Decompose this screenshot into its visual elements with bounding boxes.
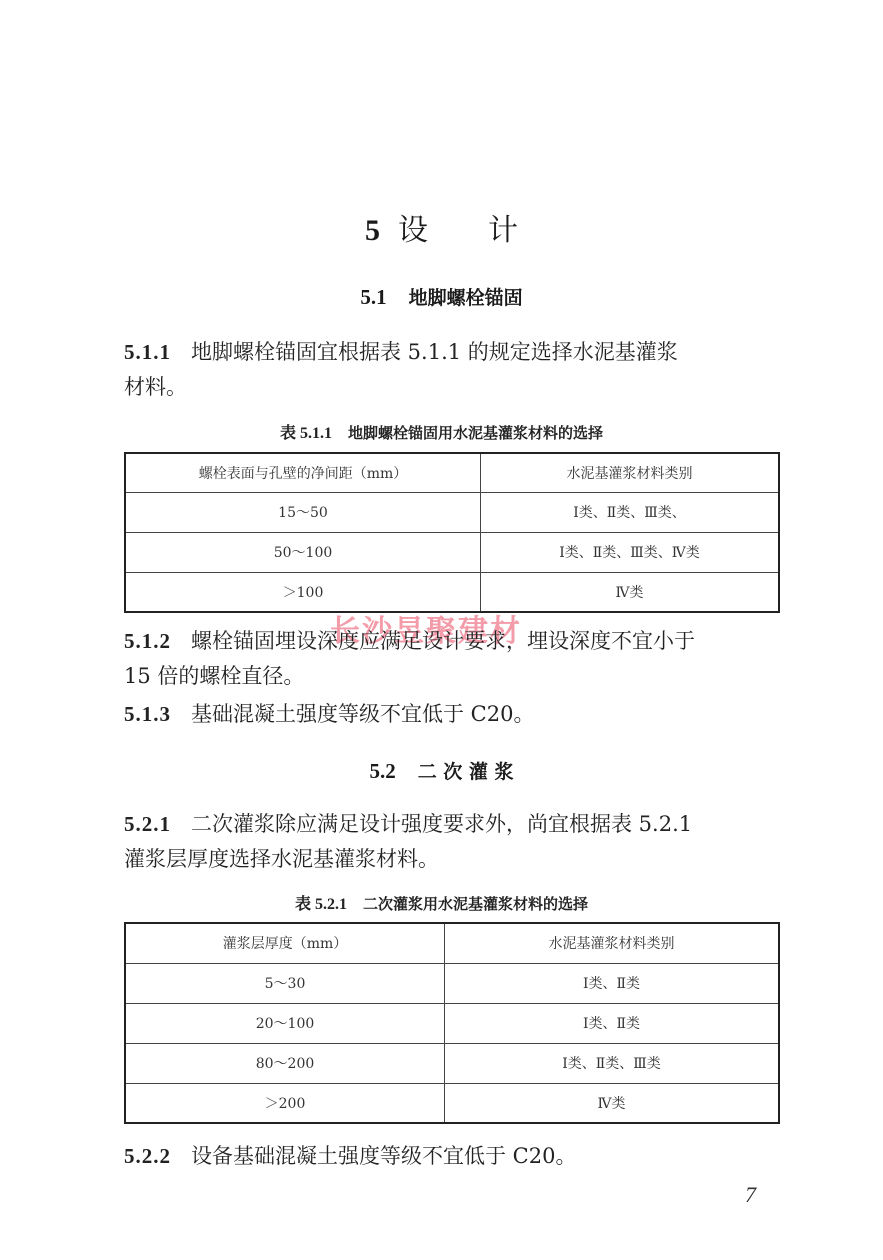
table-number: 表 5.2.1 <box>295 896 347 913</box>
clause-number: 5.2.1 <box>124 812 171 836</box>
table-cell: 20～100 <box>125 1003 445 1043</box>
table-cell: Ⅰ类、Ⅱ类 <box>445 1003 780 1043</box>
table-header-cell: 灌浆层厚度（mm） <box>125 923 445 963</box>
chapter-title: 5设计 <box>0 205 883 249</box>
section-title: 地脚螺栓锚固 <box>409 287 523 309</box>
table-5-1-1: 螺栓表面与孔壁的净间距（mm） 水泥基灌浆材料类别 15～50 Ⅰ类、Ⅱ类、Ⅲ类… <box>124 452 780 613</box>
table-cell: 80～200 <box>125 1043 445 1083</box>
clause-text: 基础混凝土强度等级不宜低于 C20。 <box>191 702 534 726</box>
table-cell: Ⅰ类、Ⅱ类、Ⅲ类 <box>445 1043 780 1083</box>
table-header-cell: 水泥基灌浆材料类别 <box>481 453 780 492</box>
section-heading-5-2: 5.2二 次 灌 浆 <box>0 757 883 784</box>
section-number: 5.2 <box>369 759 395 783</box>
clause-5-2-2: 5.2.2设备基础混凝土强度等级不宜低于 C20。 <box>124 1139 784 1174</box>
table-row: 50～100 Ⅰ类、Ⅱ类、Ⅲ类、Ⅳ类 <box>125 532 779 572</box>
table-cell: Ⅰ类、Ⅱ类 <box>445 963 780 1003</box>
table-row: 15～50 Ⅰ类、Ⅱ类、Ⅲ类、 <box>125 492 779 532</box>
clause-text-continued: 灌浆层厚度选择水泥基灌浆材料。 <box>124 847 439 871</box>
table-row: 5～30 Ⅰ类、Ⅱ类 <box>125 963 779 1003</box>
clause-text: 螺栓锚固埋设深度应满足设计要求，埋设深度不宜小于 <box>191 629 695 653</box>
clause-text: 地脚螺栓锚固宜根据表 5.1.1 的规定选择水泥基灌浆 <box>191 340 678 364</box>
clause-number: 5.1.2 <box>124 629 171 653</box>
clause-5-1-2: 5.1.2螺栓锚固埋设深度应满足设计要求，埋设深度不宜小于 15 倍的螺栓直径。 <box>124 624 784 694</box>
table-caption-5-1-1: 表 5.1.1地脚螺栓锚固用水泥基灌浆材料的选择 <box>0 420 883 443</box>
clause-number: 5.1.1 <box>124 340 171 364</box>
table-caption-title: 二次灌浆用水泥基灌浆材料的选择 <box>363 895 588 913</box>
table-cell: 15～50 <box>125 492 481 532</box>
clause-5-2-1: 5.2.1二次灌浆除应满足设计强度要求外，尚宜根据表 5.2.1 灌浆层厚度选择… <box>124 807 784 877</box>
table-number: 表 5.1.1 <box>280 425 332 442</box>
table-cell: 50～100 <box>125 532 481 572</box>
clause-text: 设备基础混凝土强度等级不宜低于 C20。 <box>191 1144 576 1168</box>
clause-text-continued: 15 倍的螺栓直径。 <box>124 664 304 688</box>
table-row: ＞200 Ⅳ类 <box>125 1083 779 1123</box>
table-caption-title: 地脚螺栓锚固用水泥基灌浆材料的选择 <box>348 424 603 442</box>
chapter-number: 5 <box>365 214 380 247</box>
table-row: 80～200 Ⅰ类、Ⅱ类、Ⅲ类 <box>125 1043 779 1083</box>
table-cell: 5～30 <box>125 963 445 1003</box>
table-cell: Ⅰ类、Ⅱ类、Ⅲ类、Ⅳ类 <box>481 532 780 572</box>
table-caption-5-2-1: 表 5.2.1二次灌浆用水泥基灌浆材料的选择 <box>0 891 883 914</box>
section-heading-5-1: 5.1地脚螺栓锚固 <box>0 283 883 310</box>
chapter-title-char: 计 <box>488 213 518 248</box>
table-cell: Ⅰ类、Ⅱ类、Ⅲ类、 <box>481 492 780 532</box>
table-header-cell: 螺栓表面与孔壁的净间距（mm） <box>125 453 481 492</box>
section-title: 二 次 灌 浆 <box>418 761 514 783</box>
clause-number: 5.1.3 <box>124 702 171 726</box>
table-header-cell: 水泥基灌浆材料类别 <box>445 923 780 963</box>
clause-5-1-3: 5.1.3基础混凝土强度等级不宜低于 C20。 <box>124 697 784 732</box>
clause-number: 5.2.2 <box>124 1144 171 1168</box>
table-cell: ＞200 <box>125 1083 445 1123</box>
table-header-row: 螺栓表面与孔壁的净间距（mm） 水泥基灌浆材料类别 <box>125 453 779 492</box>
table-cell: Ⅳ类 <box>481 572 780 612</box>
table-5-2-1: 灌浆层厚度（mm） 水泥基灌浆材料类别 5～30 Ⅰ类、Ⅱ类 20～100 Ⅰ类… <box>124 922 780 1124</box>
table-header-row: 灌浆层厚度（mm） 水泥基灌浆材料类别 <box>125 923 779 963</box>
clause-text: 二次灌浆除应满足设计强度要求外，尚宜根据表 5.2.1 <box>191 812 692 836</box>
section-number: 5.1 <box>360 285 386 309</box>
page-number: 7 <box>745 1182 756 1208</box>
clause-text-continued: 材料。 <box>124 375 187 399</box>
table-cell: Ⅳ类 <box>445 1083 780 1123</box>
chapter-title-char: 设 <box>398 213 428 248</box>
clause-5-1-1: 5.1.1地脚螺栓锚固宜根据表 5.1.1 的规定选择水泥基灌浆 材料。 <box>124 335 784 405</box>
table-row: 20～100 Ⅰ类、Ⅱ类 <box>125 1003 779 1043</box>
